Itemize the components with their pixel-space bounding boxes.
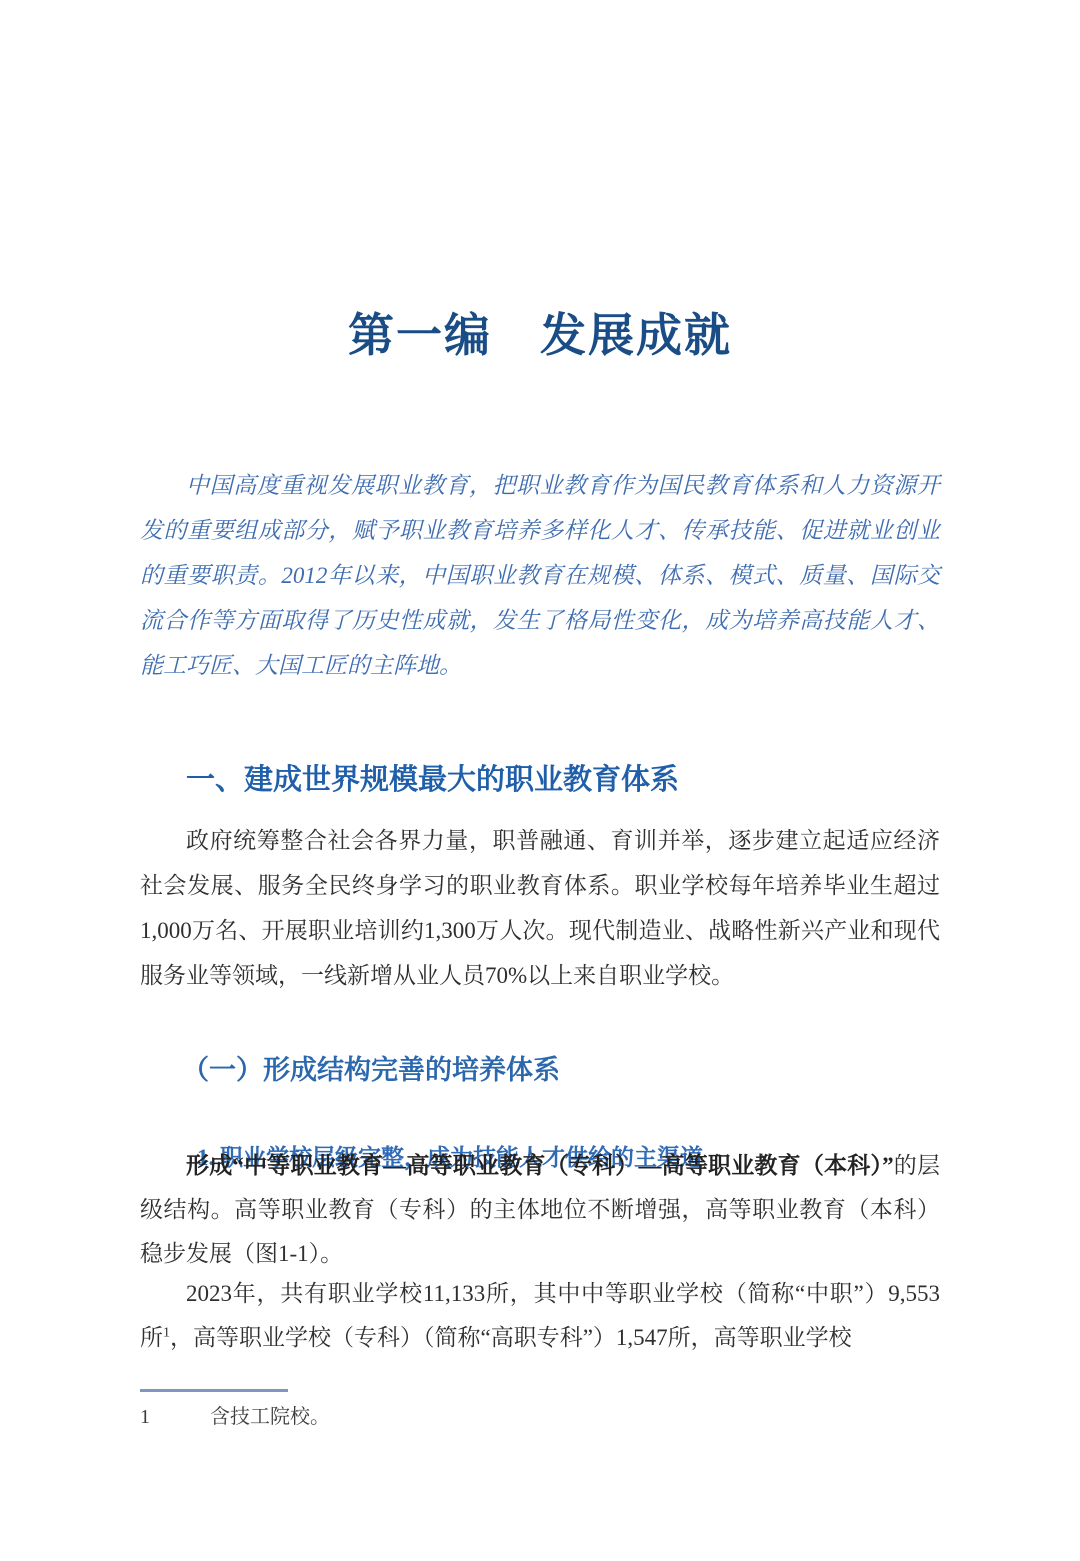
- section-overview-paragraph: 政府统筹整合社会各界力量，职普融通、育训并举，逐步建立起适应经济社会发展、服务全…: [140, 818, 940, 998]
- statistics-paragraph: 2023年，共有职业学校11,133所，其中中等职业学校（简称“中职”）9,55…: [140, 1272, 940, 1360]
- footnote-text: 含技工院校。: [210, 1406, 330, 1428]
- statistics-tail-text: ，高等职业学校（专科）（简称“高职专科”）1,547所，高等职业学校: [170, 1325, 852, 1350]
- footnote-number: 1: [140, 1402, 210, 1432]
- intro-paragraph: 中国高度重视发展职业教育，把职业教育作为国民教育体系和人力资源开发的重要组成部分…: [140, 463, 940, 688]
- section-heading: 一、建成世界规模最大的职业教育体系: [140, 762, 940, 798]
- tier-structure-bold-text: 形成“中等职业教育—高等职业教育（专科）—高等职业教育（本科）”: [186, 1153, 894, 1178]
- document-page: 第一编 发展成就 中国高度重视发展职业教育，把职业教育作为国民教育体系和人力资源…: [0, 0, 1080, 1561]
- tier-structure-paragraph: 形成“中等职业教育—高等职业教育（专科）—高等职业教育（本科）”的层级结构。高等…: [140, 1144, 940, 1276]
- footnote-reference: 1: [163, 1325, 170, 1340]
- footnote-separator: [140, 1389, 288, 1392]
- subsection-heading: （一）形成结构完善的培养体系: [140, 1053, 940, 1087]
- footnote: 1含技工院校。: [140, 1402, 940, 1432]
- part-title: 第一编 发展成就: [0, 299, 1080, 365]
